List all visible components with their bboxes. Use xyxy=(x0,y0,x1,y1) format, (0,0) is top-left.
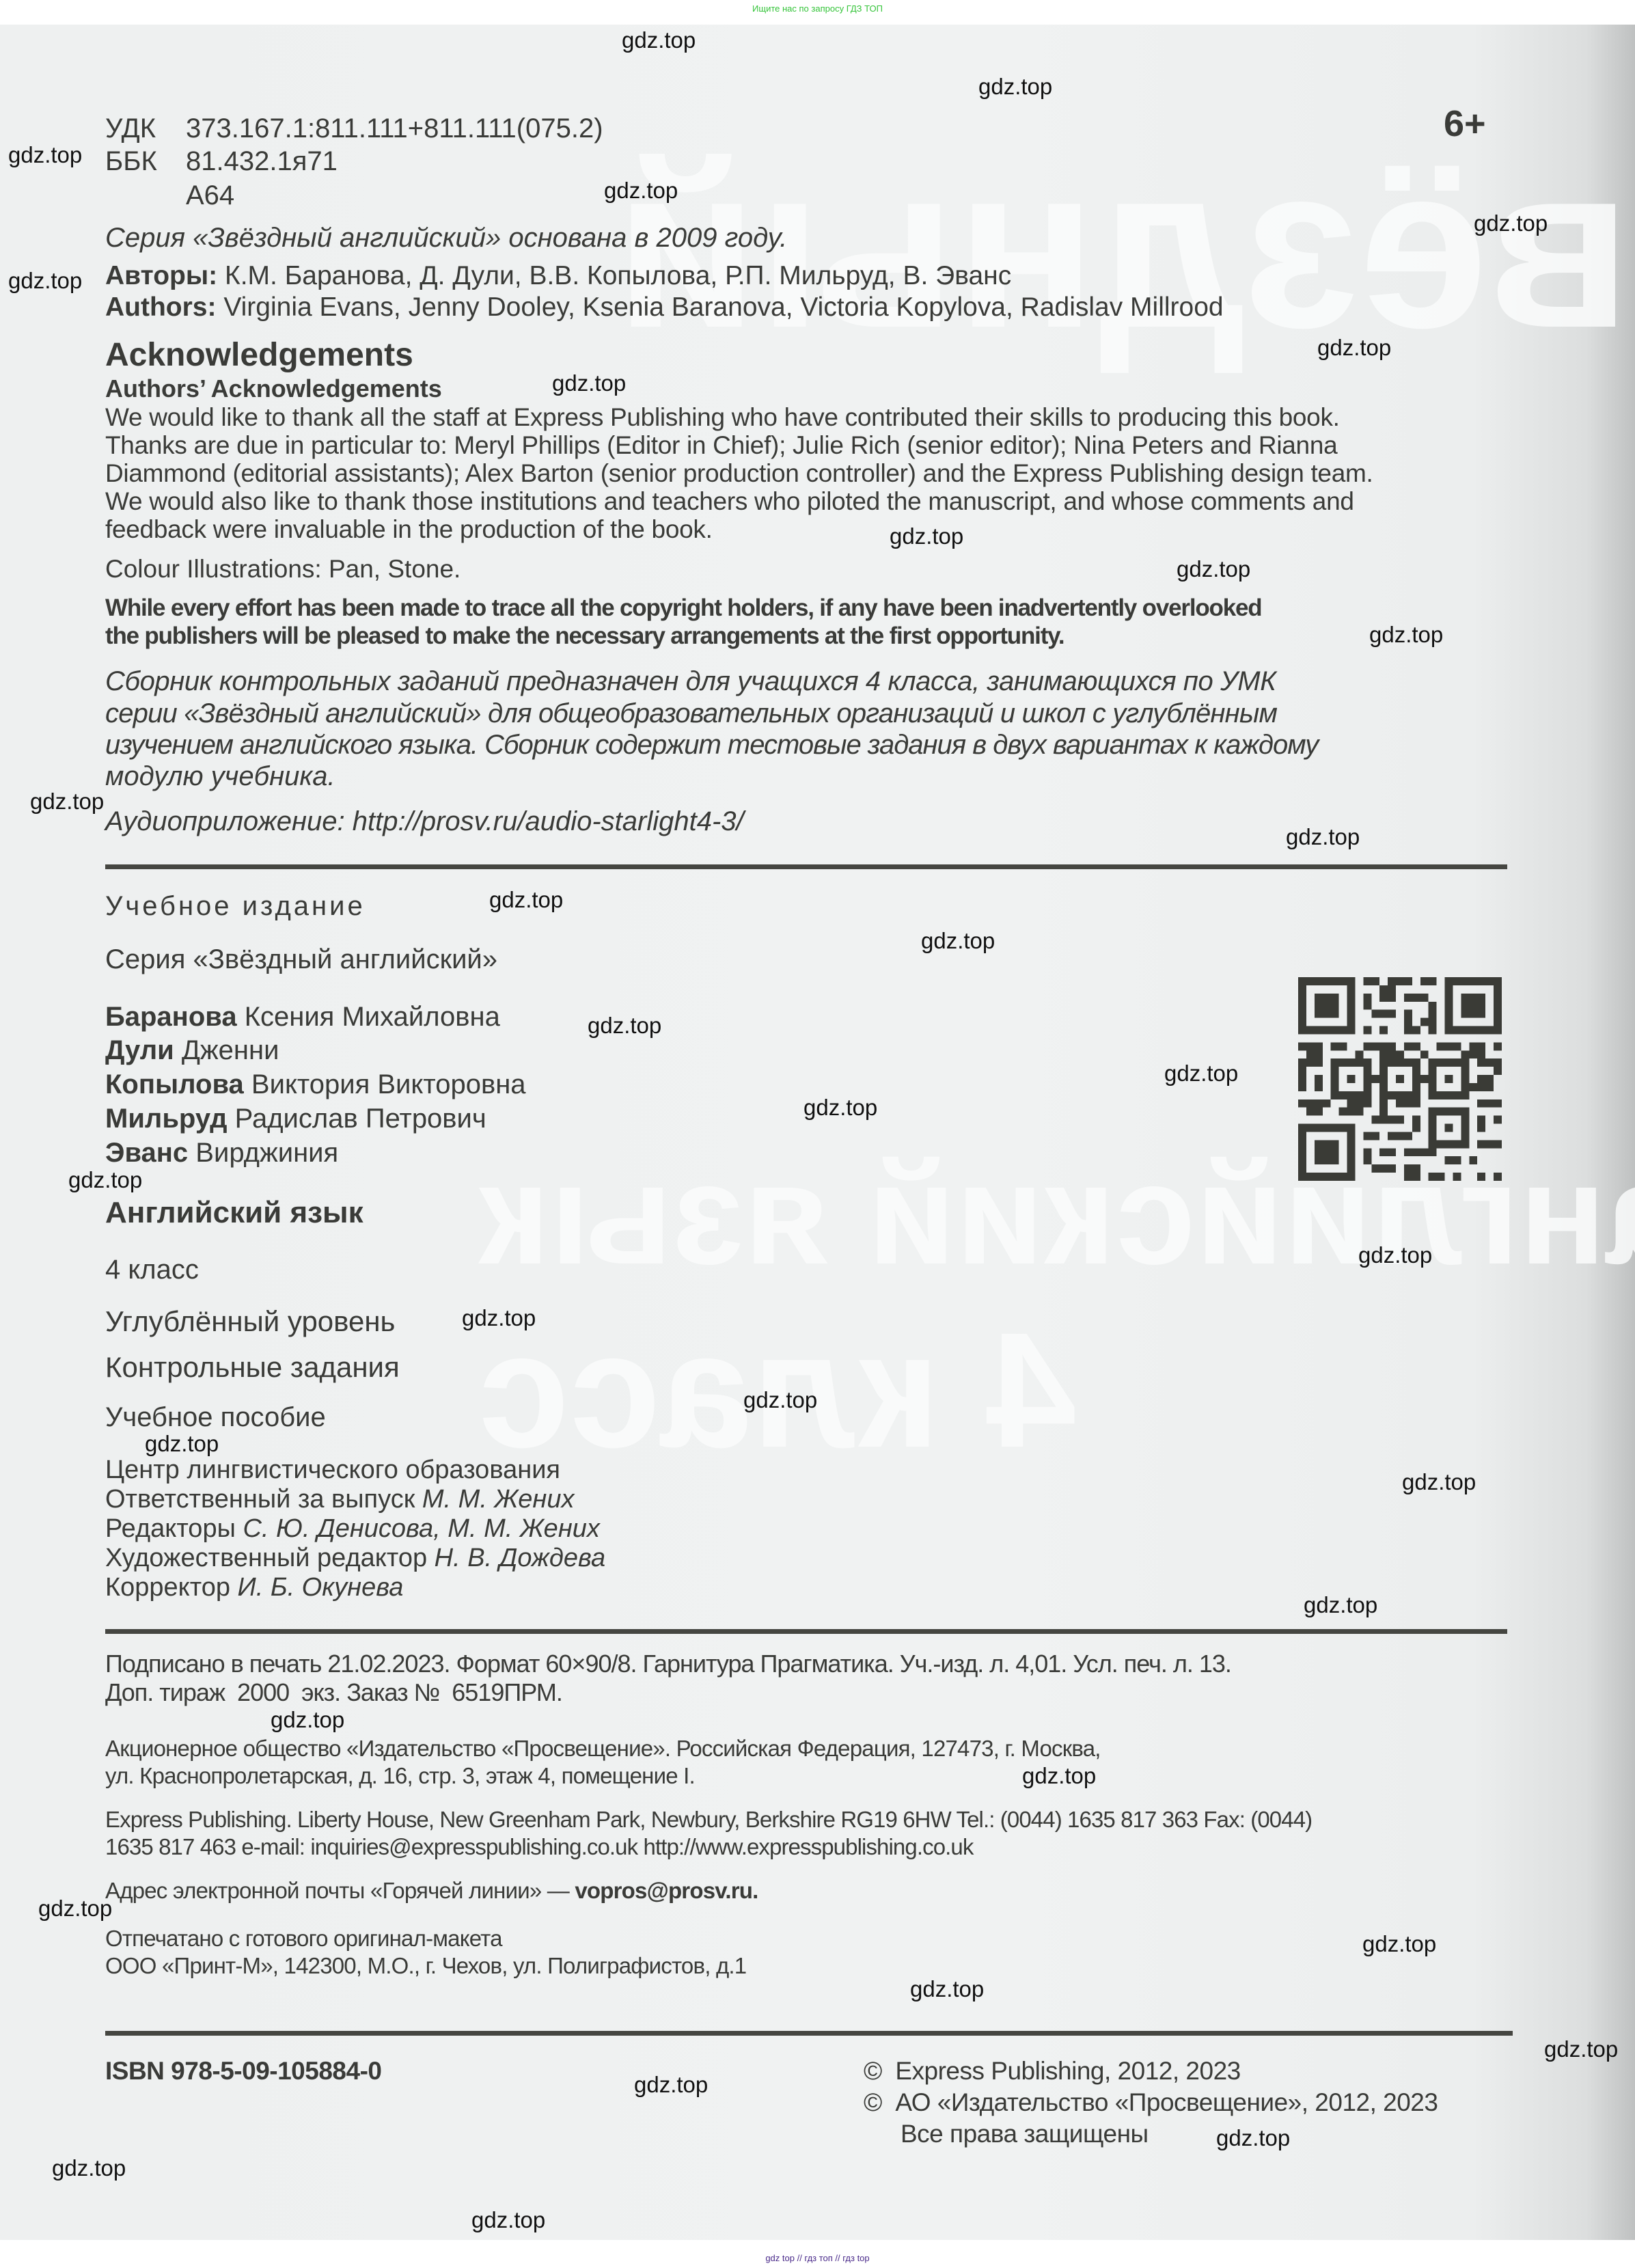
edition-author: Копылова Виктория Викторовна xyxy=(105,1069,526,1100)
edition-author: Эванс Вирджиния xyxy=(105,1138,338,1169)
watermark: gdz.top xyxy=(921,928,995,954)
order-label: экз. Заказ № xyxy=(301,1678,439,1706)
credit-name: М. М. Жених xyxy=(422,1485,575,1514)
watermark: gdz.top xyxy=(462,1305,536,1331)
express-address: Express Publishing. Liberty House, New G… xyxy=(105,1807,1312,1833)
copyright-line: © Express Publishing, 2012, 2023 xyxy=(864,2057,1241,2086)
acknowledgements-title: Acknowledgements xyxy=(105,336,413,374)
acknowledgements-line: Thanks are due in particular to: Meryl P… xyxy=(105,431,1337,460)
watermark: gdz.top xyxy=(1362,1931,1436,1957)
bbk-value: 81.432.1я71 xyxy=(186,146,338,177)
authors-en-label: Authors: xyxy=(105,292,216,322)
watermark: gdz.top xyxy=(8,268,82,294)
author-surname: Эванс xyxy=(105,1138,188,1168)
watermark: gdz.top xyxy=(743,1387,817,1413)
edition-grade: 4 класс xyxy=(105,1255,199,1285)
watermark: gdz.top xyxy=(634,2072,708,2098)
watermark: gdz.top xyxy=(910,1976,984,2002)
credit-line: Корректор И. Б. Окунева xyxy=(105,1573,403,1602)
watermark: gdz.top xyxy=(803,1095,877,1121)
credit-role: Редакторы xyxy=(105,1514,236,1543)
isbn: ISBN 978-5-09-105884-0 xyxy=(105,2057,381,2086)
author-given-name: Вирджиния xyxy=(195,1138,338,1168)
author-given-name: Ксения Михайловна xyxy=(245,1002,500,1032)
author-given-name: Виктория Викторовна xyxy=(251,1069,526,1099)
top-banner: Ищите нас по запросу ГДЗ ТОП xyxy=(0,0,1635,25)
watermark: gdz.top xyxy=(489,887,563,913)
description-line: изучением английского языка. Сборник сод… xyxy=(105,730,1318,761)
audio-link[interactable]: Аудиоприложение: http://prosv.ru/audio-s… xyxy=(105,806,744,837)
publisher-address: Акционерное общество «Издательство «Прос… xyxy=(105,1736,1101,1762)
divider-rule xyxy=(105,1629,1507,1634)
credit-name: Н. В. Дождева xyxy=(435,1544,606,1572)
acknowledgements-subtitle: Authors’ Acknowledgements xyxy=(105,374,442,403)
watermark: gdz.top xyxy=(1474,210,1548,236)
author-surname: Дули xyxy=(105,1035,174,1065)
age-rating: 6+ xyxy=(1444,103,1486,145)
credit-name: С. Ю. Денисова, М. М. Жених xyxy=(243,1514,599,1543)
edition-type: Учебное издание xyxy=(105,891,366,922)
author-given-name: Радислав Петрович xyxy=(235,1104,486,1134)
copyright-line: © АО «Издательство «Просвещение», 2012, … xyxy=(864,2088,1438,2117)
author-given-name: Дженни xyxy=(182,1035,279,1065)
print-run-label: Доп. тираж xyxy=(105,1678,225,1706)
divider-rule xyxy=(105,2031,1513,2036)
acknowledgements-line: Diammond (editorial assistants); Alex Ba… xyxy=(105,459,1373,488)
order-number: 6519ПРМ. xyxy=(452,1678,562,1706)
watermark: gdz.top xyxy=(68,1167,142,1193)
authors-ru-names: К.М. Баранова, Д. Дули, В.В. Копылова, Р… xyxy=(225,261,1011,290)
qr-code-icon xyxy=(1298,977,1502,1181)
credit-role: Ответственный за выпуск xyxy=(105,1485,415,1514)
edition-author: Дули Дженни xyxy=(105,1035,279,1066)
printed-from: Отпечатано с готового оригинал-макета xyxy=(105,1926,502,1952)
watermark: gdz.top xyxy=(1544,2036,1618,2062)
author-surname: Баранова xyxy=(105,1002,237,1032)
credit-line: Редакторы С. Ю. Денисова, М. М. Жених xyxy=(105,1514,600,1544)
acknowledgements-line: We would like to thank all the staff at … xyxy=(105,403,1340,432)
watermark: gdz.top xyxy=(604,178,678,204)
watermark: gdz.top xyxy=(471,2207,545,2233)
copyright-notice-line: While every effort has been made to trac… xyxy=(105,595,1261,622)
udk-label: УДК xyxy=(105,113,156,144)
top-banner-text: Ищите нас по запросу ГДЗ ТОП xyxy=(752,3,883,14)
watermark: gdz.top xyxy=(588,1013,661,1039)
watermark: gdz.top xyxy=(978,74,1052,100)
edition-author: Мильруд Радислав Петрович xyxy=(105,1104,486,1134)
credit-role: Корректор xyxy=(105,1573,230,1602)
acknowledgements-line: We would also like to thank those instit… xyxy=(105,487,1354,516)
watermark: gdz.top xyxy=(890,523,963,549)
watermark: gdz.top xyxy=(622,27,696,53)
hotline-label: Адрес электронной почты «Горячей линии» … xyxy=(105,1878,569,1903)
edition-subject: Английский язык xyxy=(105,1196,363,1230)
author-mark: А64 xyxy=(186,180,234,211)
watermark: gdz.top xyxy=(1369,622,1443,648)
watermark: gdz.top xyxy=(30,789,104,815)
publisher-address: ул. Краснопролетарская, д. 16, стр. 3, э… xyxy=(105,1763,695,1789)
description-line: модулю учебника. xyxy=(105,761,335,792)
authors-en: Authors: Virginia Evans, Jenny Dooley, K… xyxy=(105,292,1224,323)
watermark: gdz.top xyxy=(1317,335,1391,361)
watermark: gdz.top xyxy=(552,370,626,396)
watermark: gdz.top xyxy=(1022,1763,1096,1789)
express-address: 1635 817 463 e-mail: inquiries@expresspu… xyxy=(105,1834,973,1860)
edition-center: Центр лингвистического образования xyxy=(105,1456,560,1485)
edition-purpose: Учебное пособие xyxy=(105,1402,326,1433)
watermark: gdz.top xyxy=(52,2155,126,2181)
printer-address: ООО «Принт-М», 142300, М.О., г. Чехов, у… xyxy=(105,1953,746,1979)
udk-value: 373.167.1:811.111+811.111(075.2) xyxy=(186,113,603,144)
watermark: gdz.top xyxy=(145,1431,219,1457)
series-note: Серия «Звёздный английский» основана в 2… xyxy=(105,223,787,254)
copyright-text: Express Publishing, 2012, 2023 xyxy=(895,2057,1240,2085)
watermark: gdz.top xyxy=(1177,556,1250,582)
edition-author: Баранова Ксения Михайловна xyxy=(105,1002,500,1033)
all-rights-reserved: Все права защищены xyxy=(901,2120,1149,2148)
credit-line: Художественный редактор Н. В. Дождева xyxy=(105,1544,605,1573)
bbk-label: ББК xyxy=(105,146,157,177)
description-line: серии «Звёздный английский» для общеобра… xyxy=(105,698,1277,729)
illustrations-credit: Colour Illustrations: Pan, Stone. xyxy=(105,555,461,584)
bottom-banner-text: gdz top // гдз топ // гдз top xyxy=(765,2253,869,2263)
hotline-email[interactable]: vopros@prosv.ru. xyxy=(575,1878,758,1903)
watermark: gdz.top xyxy=(1402,1469,1476,1495)
credit-role: Художественный редактор xyxy=(105,1544,427,1572)
edition-kind: Контрольные задания xyxy=(105,1351,400,1384)
author-surname: Копылова xyxy=(105,1069,244,1099)
divider-rule xyxy=(105,864,1507,869)
watermark: gdz.top xyxy=(1358,1242,1432,1268)
credit-line: Ответственный за выпуск М. М. Жених xyxy=(105,1485,574,1514)
watermark: gdz.top xyxy=(1164,1061,1238,1087)
watermark: gdz.top xyxy=(1216,2125,1290,2151)
print-run: Доп. тираж 2000 экз. Заказ № 6519ПРМ. xyxy=(105,1678,562,1707)
copyright-icon: © xyxy=(864,2088,882,2116)
hotline: Адрес электронной почты «Горячей линии» … xyxy=(105,1878,758,1904)
edition-level: Углублённый уровень xyxy=(105,1305,395,1338)
authors-en-names: Virginia Evans, Jenny Dooley, Ksenia Bar… xyxy=(223,292,1223,322)
authors-ru-label: Авторы: xyxy=(105,261,217,290)
credit-name: И. Б. Окунева xyxy=(238,1573,404,1602)
signed-to-print: Подписано в печать 21.02.2023. Формат 60… xyxy=(105,1650,1231,1678)
watermark: gdz.top xyxy=(1286,824,1360,850)
edition-series: Серия «Звёздный английский» xyxy=(105,944,497,975)
print-run-value: 2000 xyxy=(237,1678,289,1706)
author-surname: Мильруд xyxy=(105,1104,227,1134)
copyright-notice-line: the publishers will be pleased to make t… xyxy=(105,623,1064,650)
watermark: gdz.top xyxy=(8,142,82,168)
watermark: gdz.top xyxy=(38,1896,112,1922)
watermark: gdz.top xyxy=(1304,1592,1377,1618)
description-line: Сборник контрольных заданий предназначен… xyxy=(105,666,1276,697)
watermark: gdz.top xyxy=(271,1707,344,1733)
copyright-text: АО «Издательство «Просвещение», 2012, 20… xyxy=(895,2088,1438,2116)
copyright-icon: © xyxy=(864,2057,882,2085)
bottom-banner: gdz top // гдз топ // гдз top xyxy=(0,2249,1635,2268)
acknowledgements-line: feedback were invaluable in the producti… xyxy=(105,515,713,544)
authors-ru: Авторы: К.М. Баранова, Д. Дули, В.В. Коп… xyxy=(105,261,1011,291)
